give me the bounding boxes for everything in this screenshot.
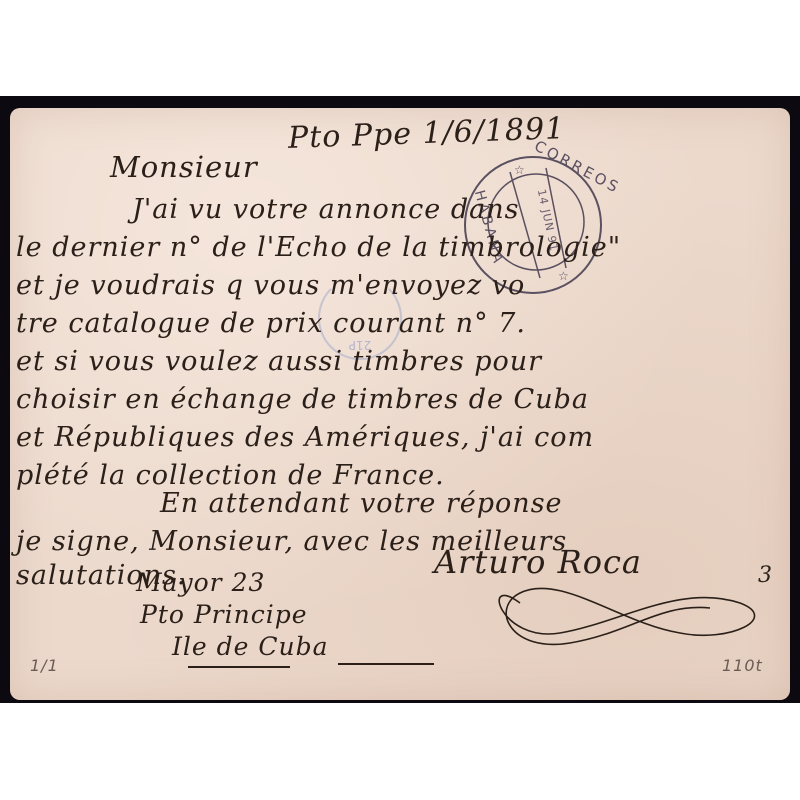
svg-text:☆: ☆ — [514, 163, 525, 177]
body-line-7: et Républiques des Amériques, j'ai com — [16, 422, 594, 453]
body-line-2: le dernier n° de l'Echo de la timbrologi… — [16, 232, 621, 263]
svg-text:☆: ☆ — [558, 269, 569, 283]
body-line-4: tre catalogue de prix courant n° 7. — [16, 308, 526, 339]
address-line-1: Mayor 23 — [136, 568, 265, 597]
pencil-note-left: 1/1 — [30, 656, 59, 675]
body-line-9: En attendant votre réponse — [160, 488, 563, 519]
body-line-1: J'ai vu votre annonce dans — [132, 194, 519, 225]
flourish-loop-icon — [480, 563, 780, 663]
flourish-mark: 3 — [758, 563, 773, 588]
salutation: Monsieur — [110, 150, 258, 184]
address-line-2: Pto Principe — [140, 600, 308, 629]
signature-flourish: 3 — [480, 563, 780, 667]
pencil-note-right: 110t — [722, 656, 763, 675]
body-line-8: plété la collection de France. — [16, 460, 445, 491]
address-underline-2 — [338, 663, 434, 665]
postcard: Pto Ppe 1/6/1891 21P ☆ ☆ CORREOS HABANA … — [10, 108, 790, 700]
body-line-5: et si vous voulez aussi timbres pour — [16, 346, 542, 377]
address-underline-1 — [188, 666, 290, 668]
body-line-3: et je voudrais q vous m'envoyez vo — [16, 270, 525, 301]
body-line-6: choisir en échange de timbres de Cuba — [16, 384, 589, 415]
address-line-3: Ile de Cuba — [172, 632, 329, 661]
